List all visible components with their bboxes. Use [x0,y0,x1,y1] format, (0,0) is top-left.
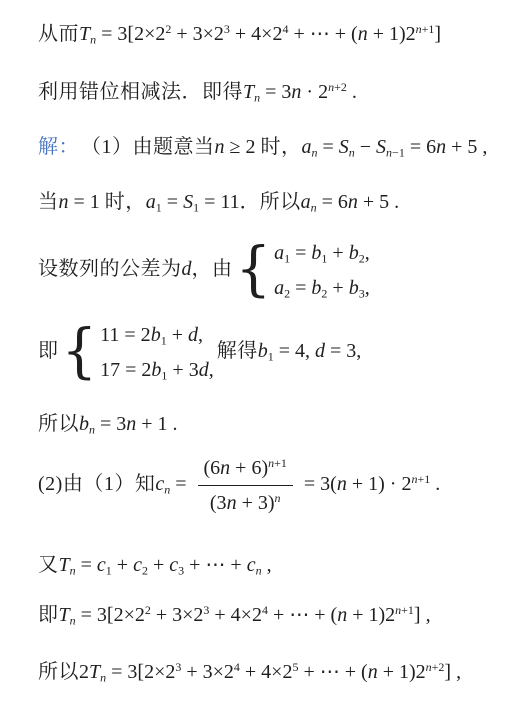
equation-system: {a1 = b1 + b2,a2 = b2 + b3, [236,240,370,301]
system-equation-row: 11 = 2b1 + d, [100,322,214,348]
line-solution-part1: 解：（1）由题意当n ≥ 2 时，an = Sn − Sn−1 = 6n + 5… [38,133,516,161]
system-equation-row: a1 = b1 + b2, [274,240,370,266]
line-case-n1: 当n = 1 时，a1 = S1 = 11．所以an = 6n + 5 . [38,188,516,216]
line-tn-sum: 又Tn = c1 + c2 + c3 + ⋯ + cn , [38,551,516,579]
fraction-numerator: (6n + 6)n+1 [198,455,293,486]
line-2tn-expanded: 所以2Tn = 3[2×23 + 3×24 + 4×25 + ⋯ + (n + … [38,658,516,686]
line-derive-tn: 从而Tn = 3[2×22 + 3×23 + 4×24 + ⋯ + (n + 1… [38,20,516,48]
line-cn-fraction: (2)由（1）知cn = (6n + 6)n+1(3n + 3)n = 3(n … [38,455,516,516]
line-system-solve: 即{11 = 2b1 + d,17 = 2b1 + 3d,解得b1 = 4, d… [38,322,516,383]
line-bn-result: 所以bn = 3n + 1 . [38,410,516,438]
left-brace-icon: { [62,326,98,379]
system-equation-row: 17 = 2b1 + 3d, [100,357,214,383]
equation-system: {11 = 2b1 + d,17 = 2b1 + 3d, [62,322,214,383]
fraction: (6n + 6)n+1(3n + 3)n [198,455,293,516]
line-tn-expanded: 即Tn = 3[2×22 + 3×23 + 4×24 + ⋯ + (n + 1)… [38,601,516,629]
document-page: 从而Tn = 3[2×22 + 3×23 + 4×24 + ⋯ + (n + 1… [0,0,522,705]
fraction-denominator: (3n + 3)n [204,486,287,516]
line-method-result: 利用错位相减法．即得Tn = 3n · 2n+2 . [38,78,516,106]
line-system-setup: 设数列的公差为d，由{a1 = b1 + b2,a2 = b2 + b3, [38,240,516,301]
system-equation-row: a2 = b2 + b3, [274,275,370,301]
left-brace-icon: { [236,244,272,297]
